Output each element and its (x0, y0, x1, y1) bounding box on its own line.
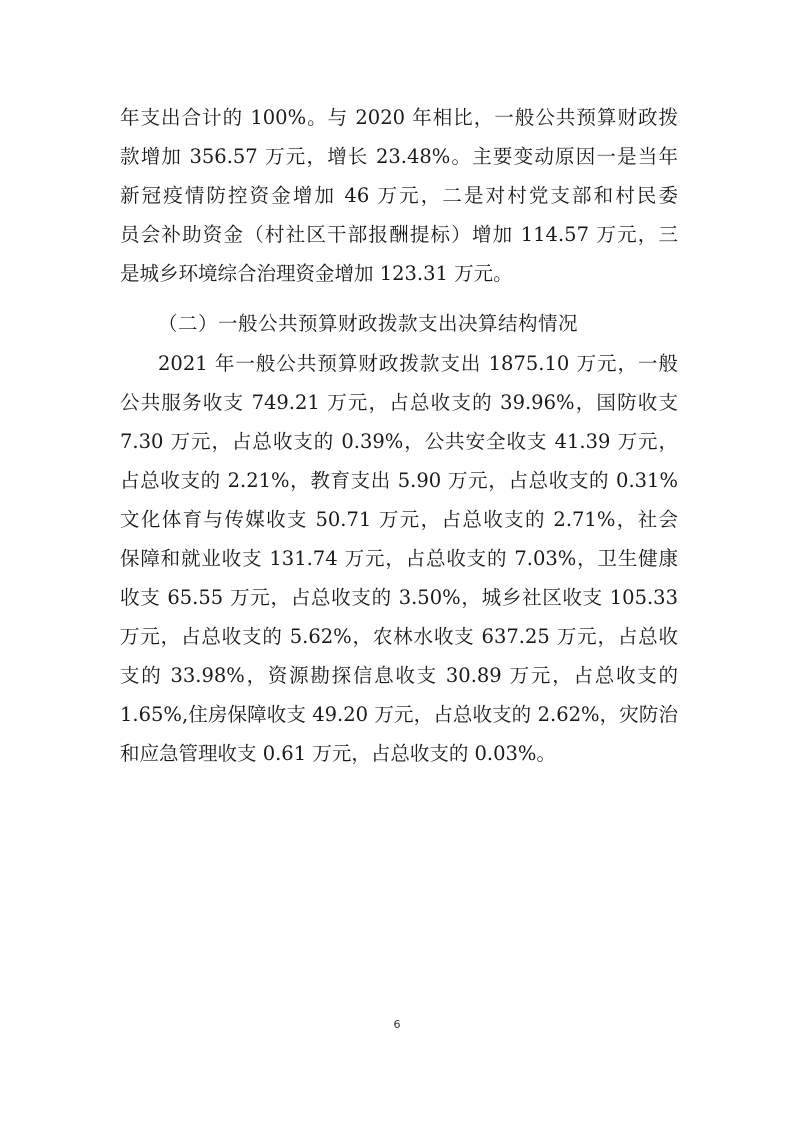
text-line: 员会补助资金（村社区干部报酬提标）增加 114.57 万元，三 (120, 220, 678, 250)
text-line: 1.65%,住房保障收支 49.20 万元，占总收支的 2.62%，灾防治 (120, 700, 678, 730)
text-line: 7.30 万元，占总收支的 0.39%，公共安全收支 41.39 万元， (120, 427, 678, 457)
document-page: 年支出合计的 100%。与 2020 年相比，一般公共预算财政拨 款增加 356… (0, 0, 793, 1122)
text-line: 文化体育与传媒收支 50.71 万元，占总收支的 2.71%，社会 (120, 505, 678, 535)
text-line: 是城乡环境综合治理资金增加 123.31 万元。 (120, 259, 678, 289)
text-line: 支的 33.98%，资源勘探信息收支 30.89 万元，占总收支的 (120, 661, 678, 691)
page-number: 6 (390, 1018, 404, 1031)
text-line: 公共服务收支 749.21 万元，占总收支的 39.96%，国防收支 (120, 388, 678, 418)
text-line: 占总收支的 2.21%，教育支出 5.90 万元，占总收支的 0.31% (120, 466, 678, 496)
text-line: 收支 65.55 万元，占总收支的 3.50%，城乡社区收支 105.33 (120, 583, 678, 613)
text-line: 款增加 356.57 万元，增长 23.48%。主要变动原因一是当年 (120, 142, 678, 172)
section-heading: （二）一般公共预算财政拨款支出决算结构情况 (158, 309, 578, 339)
text-line: 新冠疫情防控资金增加 46 万元，二是对村党支部和村民委 (120, 181, 678, 211)
text-line: 和应急管理收支 0.61 万元，占总收支的 0.03%。 (120, 739, 678, 769)
text-line: 年支出合计的 100%。与 2020 年相比，一般公共预算财政拨 (120, 103, 678, 133)
text-line: 2021 年一般公共预算财政拨款支出 1875.10 万元，一般 (158, 349, 678, 379)
text-line: 保障和就业收支 131.74 万元，占总收支的 7.03%，卫生健康 (120, 544, 678, 574)
text-line: 万元，占总收支的 5.62%，农林水收支 637.25 万元，占总收 (120, 622, 678, 652)
